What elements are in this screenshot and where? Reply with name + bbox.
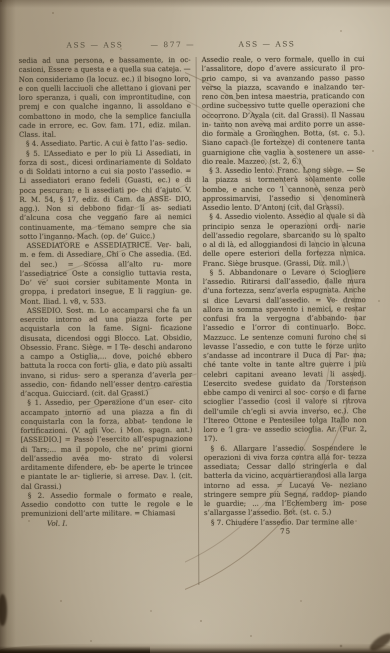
binding-shadow	[0, 0, 16, 653]
paragraph: § 6. Allargare l’assedio. Sospendere le …	[204, 444, 367, 519]
bottom-edge-shadow-left	[0, 646, 150, 653]
paragraph: § 7. Chiudere l’assedio. Dar termine all…	[204, 518, 367, 528]
book-page: ASS — ASS — 877 — ASS — ASS sedia ad una…	[0, 0, 390, 653]
paragraph: ASSEDIATORE e ASSEDIATRICE. Ver- bali, m…	[20, 241, 192, 307]
column-rule	[196, 57, 200, 585]
page-content: ASS — ASS — 877 — ASS — ASS sedia ad una…	[0, 0, 390, 653]
paragraph: ASSEDIO. Sost. m. Lo accamparsi che fa u…	[20, 306, 192, 399]
paragraph: § 4. Assediato. Partic. A cui è fatto l’…	[19, 139, 191, 149]
paragraph: § 5. Abbandonare o Levare o Sciogliere l…	[203, 268, 367, 445]
paragraph: § 5. L’Assediato e per lo più Li Assedia…	[19, 149, 191, 242]
running-head-left: ASS — ASS	[67, 40, 124, 49]
left-column: sedia ad una persona, e bassamente, in o…	[19, 56, 194, 595]
top-edge-shadow	[0, 0, 390, 8]
volume-label: Vol. I.	[21, 519, 193, 529]
paragraph: § 3. Assedio lento. Franc. Long siège. —…	[202, 166, 365, 213]
running-head-right: ASS — ASS	[238, 39, 295, 48]
paragraph: § 2. Assedio formale o formato e reale, …	[21, 491, 193, 520]
paragraph: § 1. Assedio, per Operazione d’un eser- …	[20, 398, 192, 491]
paragraph: sedia ad una persona, e bassamente, in o…	[19, 56, 191, 140]
paragraph: § 4. Assedio violento. Assedio al quale …	[202, 212, 365, 268]
page-number: — 877 —	[151, 40, 196, 49]
signature-number: 75	[204, 527, 367, 537]
right-column: Assedio reale, o vero formale, quello in…	[202, 55, 368, 594]
paragraph: Assedio reale, o vero formale, quello in…	[202, 55, 366, 167]
